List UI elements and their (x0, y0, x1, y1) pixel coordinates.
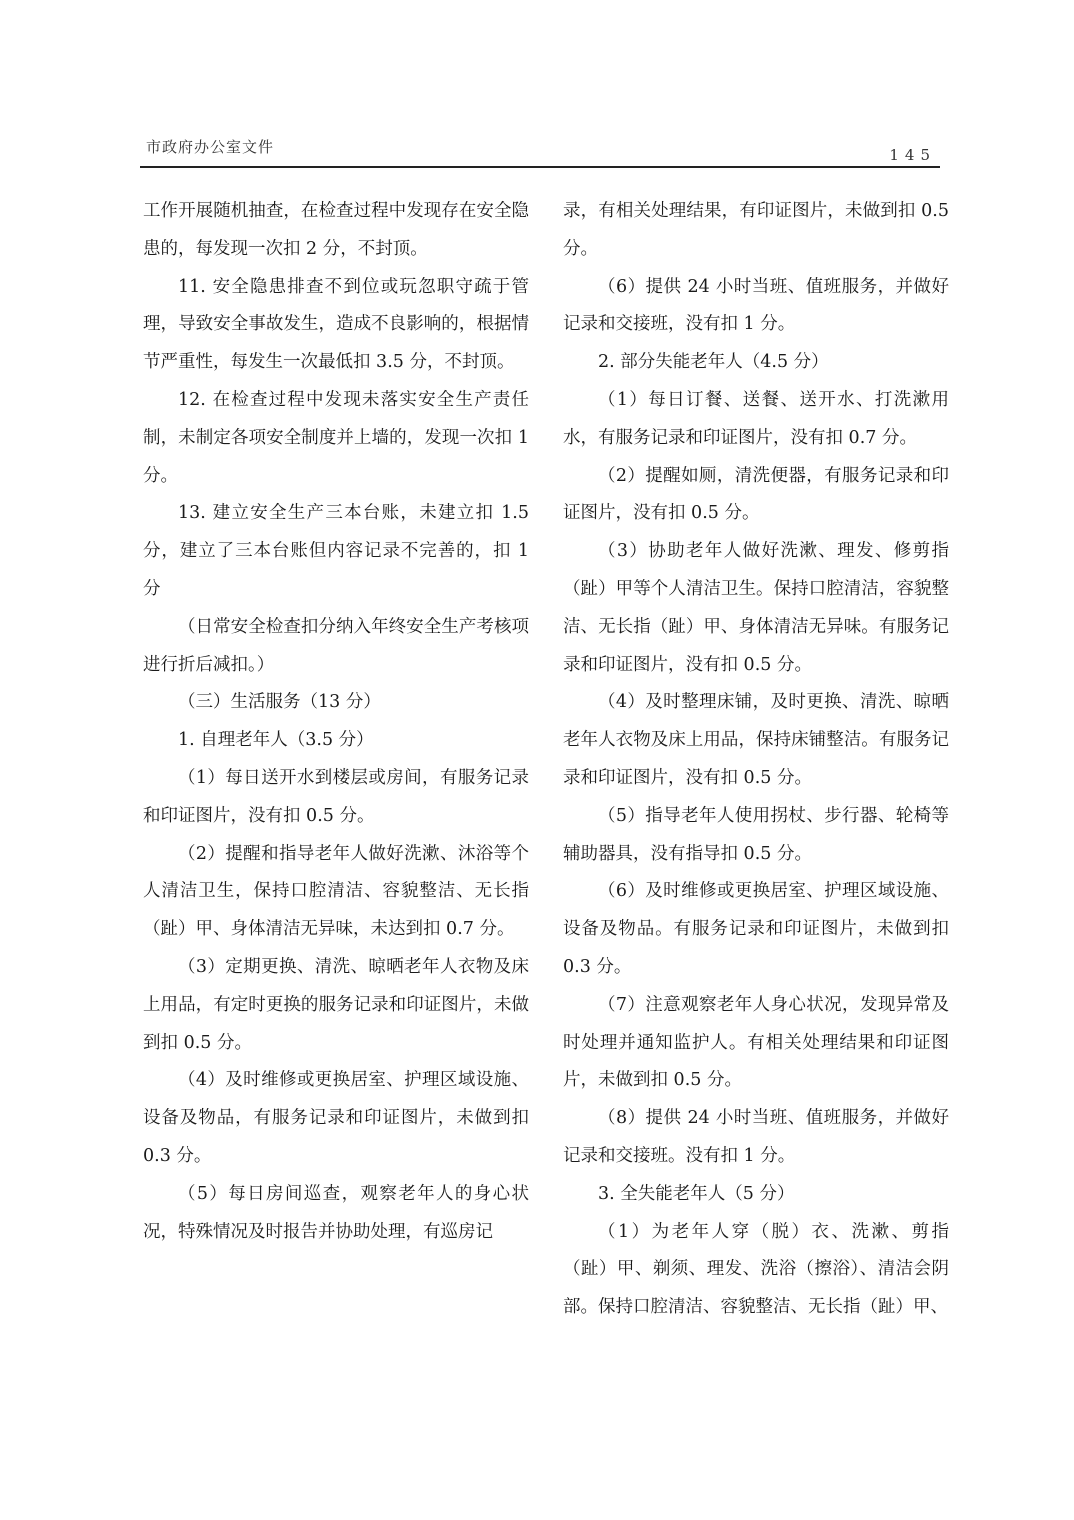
paragraph: （2）提醒和指导老年人做好洗漱、沐浴等个人清洁卫生，保持口腔清洁、容貌整洁、无长… (143, 836, 529, 949)
paragraph: （1）每日送开水到楼层或房间，有服务记录和印证图片，没有扣 0.5 分。 (143, 760, 529, 836)
paragraph-item-13: 13. 建立安全生产三本台账，未建立扣 1.5 分，建立了三本台账但内容记录不完… (143, 495, 529, 608)
paragraph: （5）每日房间巡查，观察老年人的身心状况，特殊情况及时报告并协助处理，有巡房记 (143, 1176, 529, 1252)
paragraph: 录，有相关处理结果，有印证图片，未做到扣 0.5 分。 (563, 193, 949, 269)
paragraph: （4）及时整理床铺，及时更换、清洗、晾晒老年人衣物及床上用品，保持床铺整洁。有服… (563, 684, 949, 797)
left-column: 工作开展随机抽查，在检查过程中发现存在安全隐患的，每发现一次扣 2 分，不封顶。… (143, 193, 529, 1251)
paragraph: 工作开展随机抽查，在检查过程中发现存在安全隐患的，每发现一次扣 2 分，不封顶。 (143, 193, 529, 269)
paragraph: （6）及时维修或更换居室、护理区域设施、设备及物品。有服务记录和印证图片，未做到… (563, 873, 949, 986)
paragraph: （4）及时维修或更换居室、护理区域设施、设备及物品，有服务记录和印证图片，未做到… (143, 1062, 529, 1175)
subsection-heading: 2. 部分失能老年人（4.5 分） (563, 344, 949, 382)
subsection-heading: 3. 全失能老年人（5 分） (563, 1176, 949, 1214)
paragraph-item-12: 12. 在检查过程中发现未落实安全生产责任制，未制定各项安全制度并上墙的，发现一… (143, 382, 529, 495)
paragraph: （3）协助老年人做好洗漱、理发、修剪指（趾）甲等个人清洁卫生。保持口腔清洁，容貌… (563, 533, 949, 684)
paragraph-note: （日常安全检查扣分纳入年终安全生产考核项进行折后减扣。） (143, 609, 529, 685)
subsection-heading: 1. 自理老年人（3.5 分） (143, 722, 529, 760)
paragraph: （1）每日订餐、送餐、送开水、打洗漱用水，有服务记录和印证图片，没有扣 0.7 … (563, 382, 949, 458)
page-header: 市政府办公室文件 145 (140, 136, 940, 168)
document-source-title: 市政府办公室文件 (146, 136, 274, 157)
paragraph: （8）提供 24 小时当班、值班服务，并做好记录和交接班。没有扣 1 分。 (563, 1100, 949, 1176)
paragraph: （2）提醒如厕，清洗便器，有服务记录和印证图片，没有扣 0.5 分。 (563, 458, 949, 534)
section-heading: （三）生活服务（13 分） (143, 684, 529, 722)
paragraph: （3）定期更换、清洗、晾晒老年人衣物及床上用品，有定时更换的服务记录和印证图片，… (143, 949, 529, 1062)
paragraph-item-11: 11. 安全隐患排查不到位或玩忽职守疏于管理，导致安全事故发生，造成不良影响的，… (143, 269, 529, 382)
right-column: 录，有相关处理结果，有印证图片，未做到扣 0.5 分。 （6）提供 24 小时当… (563, 193, 949, 1327)
paragraph: （6）提供 24 小时当班、值班服务，并做好记录和交接班，没有扣 1 分。 (563, 269, 949, 345)
paragraph: （7）注意观察老年人身心状况，发现异常及时处理并通知监护人。有相关处理结果和印证… (563, 987, 949, 1100)
page-number: 145 (889, 146, 936, 164)
paragraph: （5）指导老年人使用拐杖、步行器、轮椅等辅助器具，没有指导扣 0.5 分。 (563, 798, 949, 874)
paragraph: （1）为老年人穿（脱）衣、洗漱、剪指（趾）甲、剃须、理发、洗浴（擦浴）、清洁会阴… (563, 1214, 949, 1327)
